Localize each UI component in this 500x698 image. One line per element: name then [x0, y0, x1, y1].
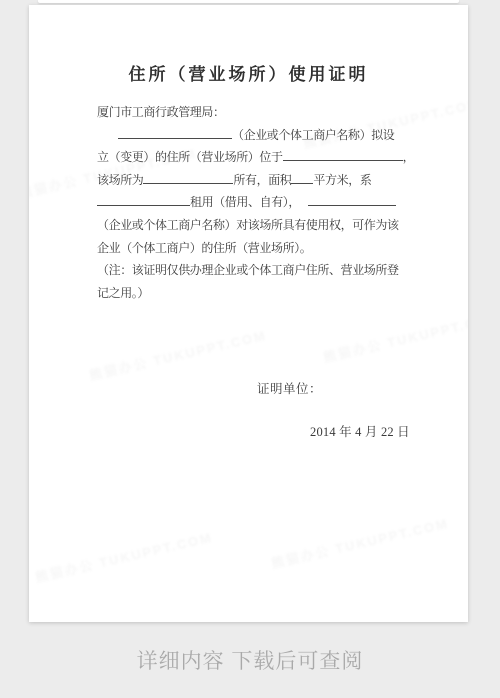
document-title: 住所（营业场所）使用证明	[29, 60, 468, 85]
salutation-text: 厦门市工商行政管理局：	[97, 105, 225, 119]
body-line: 租用（借用、自有），	[97, 191, 407, 214]
body-text-segment: 所有，面积	[233, 173, 291, 187]
body-text-segment: ，	[403, 150, 415, 164]
document-page: 熊猫办公 TUKUPPT.COM 熊猫办公 TUKUPPT.COM 熊猫办公 T…	[29, 5, 468, 622]
previous-page-edge	[38, 0, 459, 3]
watermark: 熊猫办公 TUKUPPT.COM	[33, 527, 214, 586]
note-line: （注：该证明仅供办理企业或个体工商户住所、营业场所登	[97, 259, 407, 282]
watermark: 熊猫办公 TUKUPPT.COM	[269, 513, 450, 572]
note-text-segment: 记之用。）	[97, 286, 149, 300]
document-body: 厦门市工商行政管理局： （企业或个体工商户名称）拟设 立（变更）的住所（营业场所…	[97, 101, 407, 304]
body-line: （企业或个体工商户名称）拟设	[97, 124, 407, 147]
body-line: 立（变更）的住所（营业场所）位于，	[97, 146, 407, 169]
body-line: （企业或个体工商户名称）对该场所具有使用权，可作为该	[97, 214, 407, 237]
watermark: 熊猫办公 TUKUPPT.COM	[87, 325, 268, 384]
body-text-segment: （企业或个体工商户名称）对该场所具有使用权，可作为该	[97, 218, 399, 232]
body-text-segment: （企业或个体工商户名称）拟设	[232, 128, 394, 142]
preview-footer-caption: 详细内容 下载后可查阅	[0, 645, 500, 675]
preview-canvas: 熊猫办公 TUKUPPT.COM 熊猫办公 TUKUPPT.COM 熊猫办公 T…	[0, 0, 500, 698]
blank-underline	[308, 195, 396, 206]
body-line: 企业（个体工商户）的住所（营业场所）。	[97, 237, 407, 260]
blank-underline	[291, 172, 313, 183]
body-line: 该场所为所有，面积平方米，系	[97, 169, 407, 192]
blank-underline	[97, 195, 190, 206]
body-text-segment: 该场所为	[97, 173, 143, 187]
note-line: 记之用。）	[97, 282, 407, 305]
body-text-segment: 租用（借用、自有），	[190, 195, 300, 209]
document-date: 2014 年 4 月 22 日	[310, 422, 410, 440]
blank-underline	[283, 150, 403, 161]
body-text-segment: 平方米，系	[313, 173, 371, 187]
body-text-segment: 企业（个体工商户）的住所（营业场所）。	[97, 241, 311, 255]
blank-underline	[143, 172, 233, 183]
watermark: 熊猫办公 TUKUPPT.COM	[321, 307, 468, 366]
signature-label: 证明单位：	[257, 379, 322, 397]
blank-underline	[118, 127, 232, 138]
note-text-segment: （注：该证明仅供办理企业或个体工商户住所、营业场所登	[97, 263, 399, 277]
salutation-line: 厦门市工商行政管理局：	[97, 101, 407, 124]
body-text-segment: 立（变更）的住所（营业场所）位于	[97, 150, 283, 164]
